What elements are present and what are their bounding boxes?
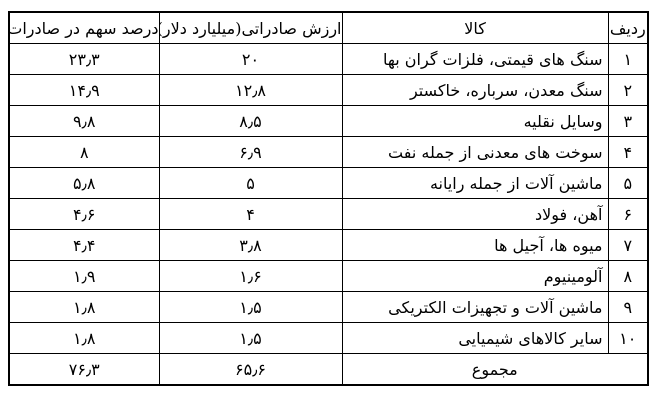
share-cell: ۴٫۶: [9, 199, 159, 230]
total-label-cell: مجموع: [342, 354, 648, 386]
goods-cell: سنگ معدن، سرباره، خاکستر: [342, 75, 608, 106]
rank-cell: ۳: [608, 106, 648, 137]
table-row: ۹ ماشین آلات و تجهیزات الکتریکی ۱٫۵ ۱٫۸: [9, 292, 648, 323]
share-cell: ۲۳٫۳: [9, 44, 159, 75]
goods-cell: آلومینیوم: [342, 261, 608, 292]
table-row: ۶ آهن، فولاد ۴ ۴٫۶: [9, 199, 648, 230]
share-cell: ۱٫۸: [9, 323, 159, 354]
value-cell: ۶٫۹: [159, 137, 342, 168]
share-cell: ۱٫۹: [9, 261, 159, 292]
table-row: ۱۰ سایر کالاهای شیمیایی ۱٫۵ ۱٫۸: [9, 323, 648, 354]
header-rank: ردیف: [608, 12, 648, 44]
rank-cell: ۶: [608, 199, 648, 230]
table-row: ۵ ماشین آلات از جمله رایانه ۵ ۵٫۸: [9, 168, 648, 199]
rank-cell: ۲: [608, 75, 648, 106]
table-row: ۳ وسایل نقلیه ۸٫۵ ۹٫۸: [9, 106, 648, 137]
share-cell: ۴٫۴: [9, 230, 159, 261]
value-cell: ۵: [159, 168, 342, 199]
rank-cell: ۱: [608, 44, 648, 75]
value-cell: ۱۲٫۸: [159, 75, 342, 106]
goods-cell: سوخت های معدنی از جمله نفت: [342, 137, 608, 168]
goods-cell: ماشین آلات و تجهیزات الکتریکی: [342, 292, 608, 323]
goods-cell: ماشین آلات از جمله رایانه: [342, 168, 608, 199]
total-value-cell: ۶۵٫۶: [159, 354, 342, 386]
table-row: ۱ سنگ های قیمتی، فلزات گران بها ۲۰ ۲۳٫۳: [9, 44, 648, 75]
table-row: ۸ آلومینیوم ۱٫۶ ۱٫۹: [9, 261, 648, 292]
value-cell: ۳٫۸: [159, 230, 342, 261]
header-row: ردیف کالا ارزش صادراتی(میلیارد دلار) درص…: [9, 12, 648, 44]
value-cell: ۴: [159, 199, 342, 230]
goods-cell: سنگ های قیمتی، فلزات گران بها: [342, 44, 608, 75]
total-share-cell: ۷۶٫۳: [9, 354, 159, 386]
value-cell: ۸٫۵: [159, 106, 342, 137]
rank-cell: ۴: [608, 137, 648, 168]
exports-table: ردیف کالا ارزش صادراتی(میلیارد دلار) درص…: [8, 11, 649, 386]
goods-cell: میوه ها، آجیل ها: [342, 230, 608, 261]
rank-cell: ۵: [608, 168, 648, 199]
table-header: ردیف کالا ارزش صادراتی(میلیارد دلار) درص…: [9, 12, 648, 44]
rank-cell: ۸: [608, 261, 648, 292]
header-share: درصد سهم در صادرات: [9, 12, 159, 44]
goods-cell: آهن، فولاد: [342, 199, 608, 230]
rank-cell: ۷: [608, 230, 648, 261]
header-goods: کالا: [342, 12, 608, 44]
share-cell: ۹٫۸: [9, 106, 159, 137]
value-cell: ۱٫۵: [159, 292, 342, 323]
table-row: ۷ میوه ها، آجیل ها ۳٫۸ ۴٫۴: [9, 230, 648, 261]
share-cell: ۸: [9, 137, 159, 168]
share-cell: ۵٫۸: [9, 168, 159, 199]
table-row: ۲ سنگ معدن، سرباره، خاکستر ۱۲٫۸ ۱۴٫۹: [9, 75, 648, 106]
value-cell: ۱٫۶: [159, 261, 342, 292]
share-cell: ۱٫۸: [9, 292, 159, 323]
goods-cell: سایر کالاهای شیمیایی: [342, 323, 608, 354]
value-cell: ۱٫۵: [159, 323, 342, 354]
header-value: ارزش صادراتی(میلیارد دلار): [159, 12, 342, 44]
total-row: مجموع ۶۵٫۶ ۷۶٫۳: [9, 354, 648, 386]
table-body: ۱ سنگ های قیمتی، فلزات گران بها ۲۰ ۲۳٫۳ …: [9, 44, 648, 386]
value-cell: ۲۰: [159, 44, 342, 75]
share-cell: ۱۴٫۹: [9, 75, 159, 106]
goods-cell: وسایل نقلیه: [342, 106, 608, 137]
rank-cell: ۱۰: [608, 323, 648, 354]
table-row: ۴ سوخت های معدنی از جمله نفت ۶٫۹ ۸: [9, 137, 648, 168]
rank-cell: ۹: [608, 292, 648, 323]
